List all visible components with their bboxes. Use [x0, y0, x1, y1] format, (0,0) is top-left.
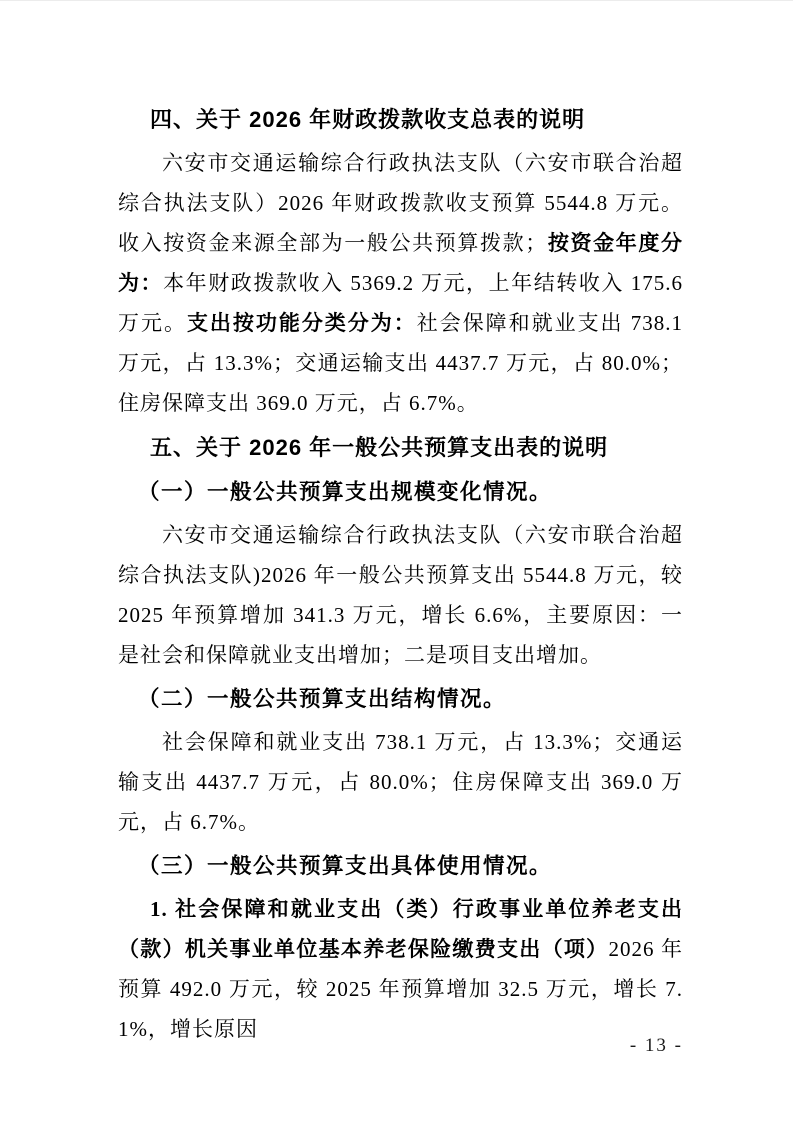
item-one-title: 1. 社会保障和就业支出（类）行政事业单位养老支出（款）机关事业单位基本养老保险… — [118, 897, 683, 961]
budget-structure-paragraph: 社会保障和就业支出 738.1 万元，占 13.3%；交通运输支出 4437.7… — [118, 722, 683, 842]
subsection-two-heading: （二）一般公共预算支出结构情况。 — [118, 679, 683, 719]
budget-scale-change-paragraph: 六安市交通运输综合行政执法支队（六安市联合治超综合执法支队)2026 年一般公共… — [118, 515, 683, 675]
document-page: 四、关于 2026 年财政拨款收支总表的说明 六安市交通运输综合行政执法支队（六… — [0, 0, 793, 1122]
page-number: - 13 - — [630, 1034, 683, 1058]
section-five-heading: 五、关于 2026 年一般公共预算支出表的说明 — [118, 428, 683, 468]
document-content: 四、关于 2026 年财政拨款收支总表的说明 六安市交通运输综合行政执法支队（六… — [118, 95, 683, 1049]
subsection-three-heading: （三）一般公共预算支出具体使用情况。 — [118, 846, 683, 886]
subsection-one-heading: （一）一般公共预算支出规模变化情况。 — [118, 472, 683, 512]
by-function-label: 支出按功能分类分为： — [187, 311, 417, 335]
section-four-paragraph: 六安市交通运输综合行政执法支队（六安市联合治超综合执法支队）2026 年财政拨款… — [118, 143, 683, 423]
section-four-heading: 四、关于 2026 年财政拨款收支总表的说明 — [118, 100, 683, 140]
item-one-paragraph: 1. 社会保障和就业支出（类）行政事业单位养老支出（款）机关事业单位基本养老保险… — [118, 889, 683, 1049]
